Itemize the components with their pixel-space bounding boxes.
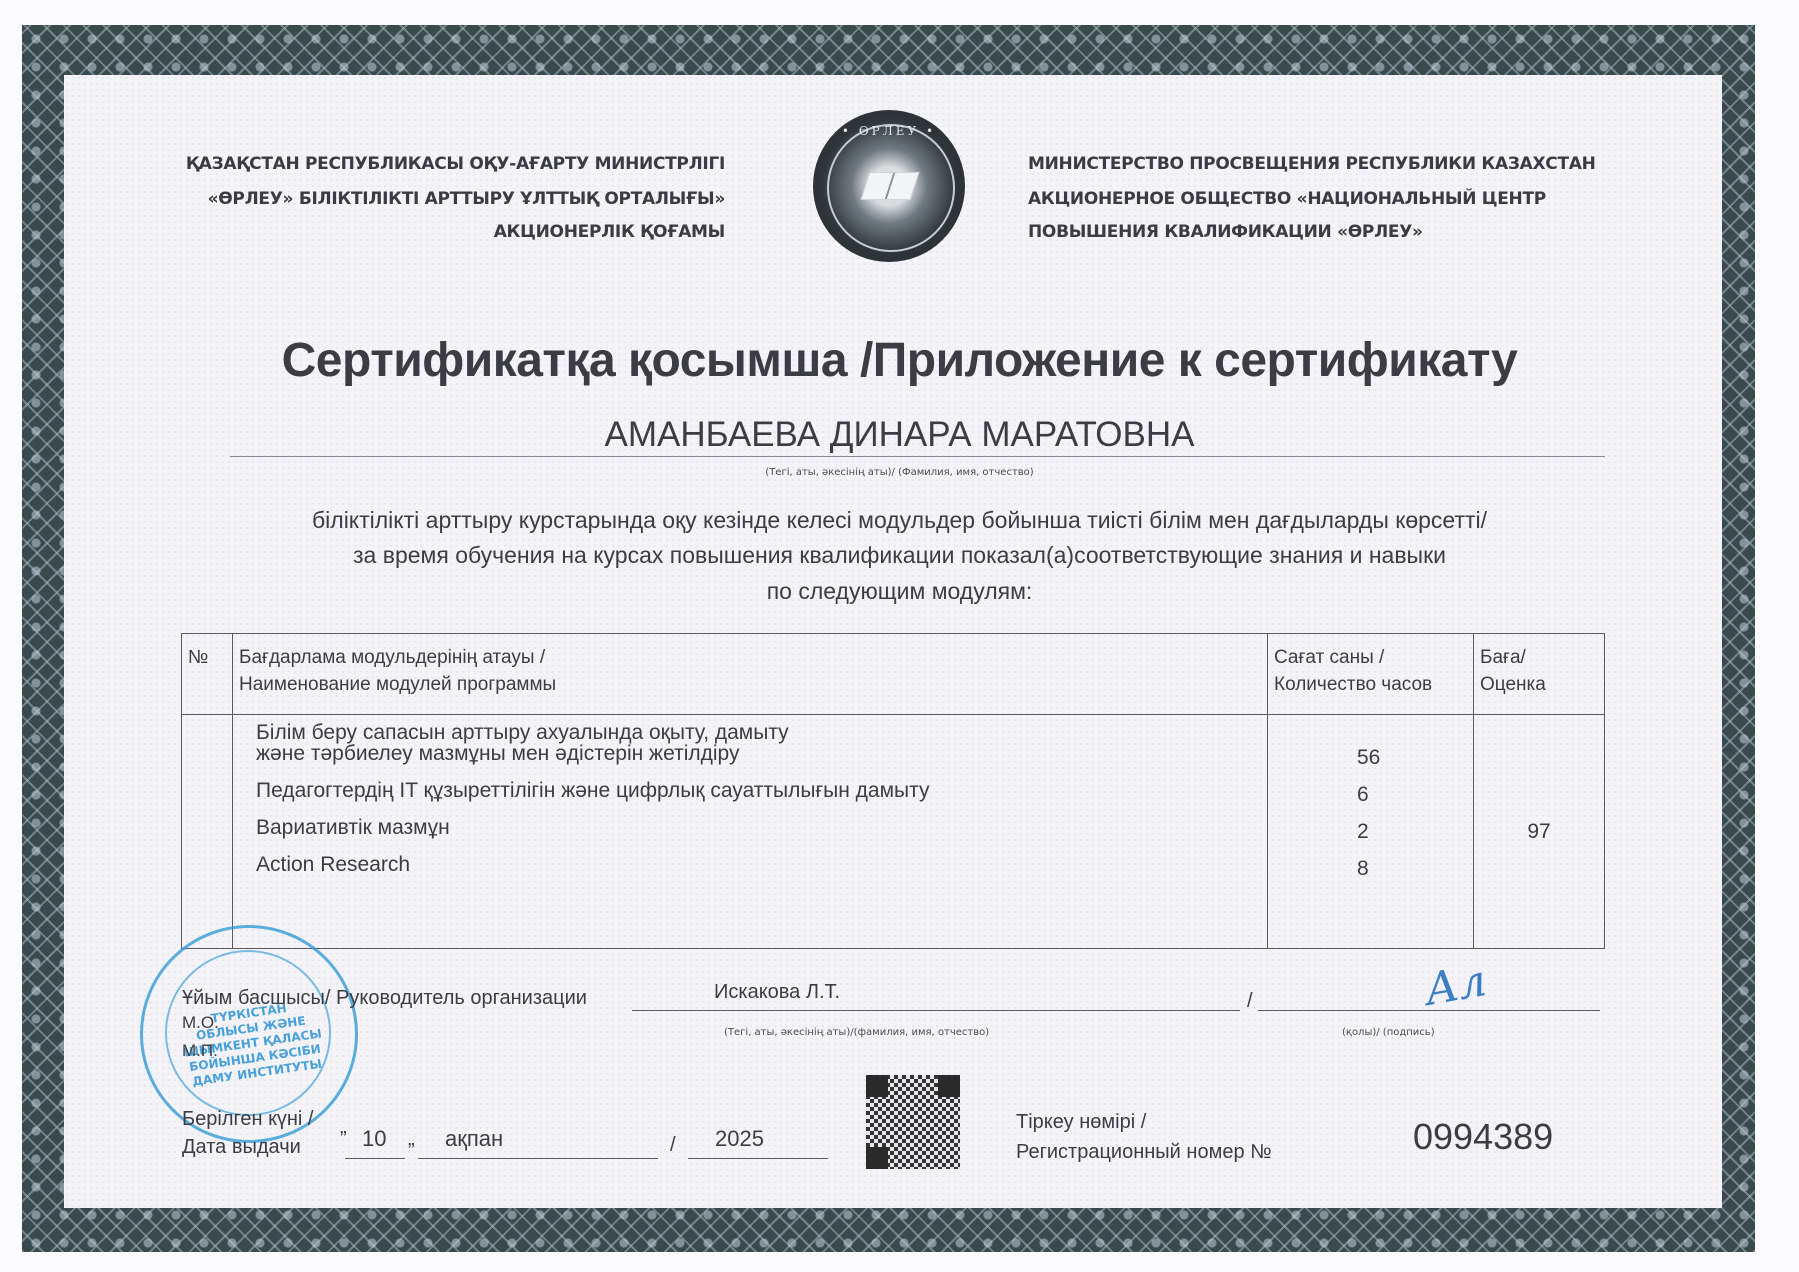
list-item: Педагогтердің IT құзыреттілігін және циф… (256, 782, 1266, 800)
module-name-continued: және тәрбиелеу мазмұны мен әдістерін жет… (256, 745, 1266, 763)
recipient-name-caption: (Тегі, аты, әкесінің аты)/ (Фамилия, имя… (0, 467, 1799, 478)
year-underline (688, 1158, 828, 1159)
header-right-line-3: ПОВЫШЕНИЯ КВАЛИФИКАЦИИ «ӨРЛЕУ» (1028, 222, 1423, 242)
date-quote-close: „ (408, 1128, 415, 1151)
signature-separator: / (1247, 990, 1253, 1013)
issue-date-label-ru: Дата выдачи (182, 1136, 301, 1159)
table-body-row: Білім беру сапасын арттыру ахуалында оқы… (182, 715, 1605, 949)
description-line-3: по следующим модулям: (0, 578, 1799, 605)
orleu-logo-emblem: • ӨРЛЕУ • (813, 110, 965, 262)
issue-day: 10 (362, 1126, 386, 1152)
header-left-line-3: АКЦИОНЕРЛІК ҚОҒАМЫ (494, 222, 725, 242)
issue-month: ақпан (445, 1126, 503, 1152)
module-hours: 2 (1357, 820, 1472, 857)
module-hours: 6 (1357, 783, 1472, 820)
module-hours: 8 (1357, 857, 1472, 894)
module-name: Вариативтік мазмұн (256, 816, 450, 839)
qr-code (866, 1075, 960, 1169)
registration-label-ru: Регистрационный номер № (1016, 1141, 1272, 1164)
header-grade-kz: Баға/ (1480, 644, 1598, 671)
header-module-name: Бағдарлама модульдерінің атауы / Наимено… (233, 634, 1268, 715)
header-grade-ru: Оценка (1480, 671, 1598, 698)
signature-caption: (қолы)/ (подпись) (1342, 1027, 1435, 1038)
header-hours-kz: Сағат саны / (1274, 644, 1467, 671)
description-line-2: за время обучения на курсах повышения кв… (0, 542, 1799, 569)
issue-year: 2025 (715, 1126, 764, 1152)
header-hours-ru: Количество часов (1274, 671, 1467, 698)
name-underline (230, 456, 1605, 457)
header-number: № (182, 634, 233, 715)
name-signature-line (632, 1010, 1240, 1011)
grade-cell: 97 (1474, 715, 1605, 949)
header-module-name-kz: Бағдарлама модульдерінің атауы / (239, 644, 1261, 671)
description-line-1: біліктілікті арттыру курстарында оқу кез… (0, 507, 1799, 534)
number-cell (182, 715, 233, 949)
module-name: Action Research (256, 853, 410, 876)
header-grade: Баға/ Оценка (1474, 634, 1605, 715)
hours-cell: 56 6 2 8 (1268, 715, 1474, 949)
handwritten-signature: Ал (1421, 955, 1490, 1016)
date-quote-open: ” (340, 1128, 347, 1151)
header-left-line-1: ҚАЗАҚСТАН РЕСПУБЛИКАСЫ ОҚУ-АҒАРТУ МИНИСТ… (186, 154, 725, 174)
header-module-name-ru: Наименование модулей программы (239, 671, 1261, 698)
issue-date-label-kz: Берілген күні / (182, 1108, 313, 1131)
modules-table: № Бағдарлама модульдерінің атауы / Наиме… (181, 633, 1605, 949)
header-hours: Сағат саны / Количество часов (1268, 634, 1474, 715)
list-item: Білім беру сапасын арттыру ахуалында оқы… (256, 724, 1266, 763)
header-number-label: № (188, 647, 208, 668)
logo-text: • ӨРЛЕУ • (813, 124, 965, 138)
head-of-organization-label: Ұйым басшысы/ Руководитель организации (182, 987, 587, 1010)
month-underline (418, 1158, 658, 1159)
seal-label-kz: М.О. (182, 1013, 219, 1033)
module-name: Білім беру сапасын арттыру ахуалында оқы… (256, 721, 789, 744)
seal-label-ru: М.П. (182, 1041, 218, 1061)
list-item: Вариативтік мазмұн (256, 819, 1266, 837)
module-name: Педагогтердің IT құзыреттілігін және циф… (256, 779, 929, 802)
document-title: Сертификатқа қосымша /Приложение к серти… (0, 333, 1799, 388)
date-separator: / (670, 1134, 676, 1157)
module-hours: 56 (1357, 746, 1472, 783)
module-names-cell: Білім беру сапасын арттыру ахуалында оқы… (233, 715, 1268, 949)
open-book-icon (860, 172, 919, 200)
head-name-caption: (Тегі, аты, әкесінің аты)/(фамилия, имя,… (724, 1027, 989, 1038)
list-item: Action Research (256, 856, 1266, 874)
registration-label-kz: Тіркеу нөмірі / (1016, 1111, 1146, 1134)
registration-number: 0994389 (1413, 1116, 1553, 1158)
recipient-name: АМАНБАЕВА ДИНАРА МАРАТОВНА (0, 415, 1799, 455)
head-of-organization-name: Искакова Л.Т. (714, 981, 840, 1004)
header-right-line-1: МИНИСТЕРСТВО ПРОСВЕЩЕНИЯ РЕСПУБЛИКИ КАЗА… (1028, 154, 1596, 174)
day-underline (345, 1158, 405, 1159)
header-left-line-2: «ӨРЛЕУ» БІЛІКТІЛІКТІ АРТТЫРУ ҰЛТТЫҚ ОРТА… (208, 189, 725, 209)
table-header-row: № Бағдарлама модульдерінің атауы / Наиме… (182, 634, 1605, 715)
header-right-line-2: АКЦИОНЕРНОЕ ОБЩЕСТВО «НАЦИОНАЛЬНЫЙ ЦЕНТР (1028, 189, 1546, 209)
